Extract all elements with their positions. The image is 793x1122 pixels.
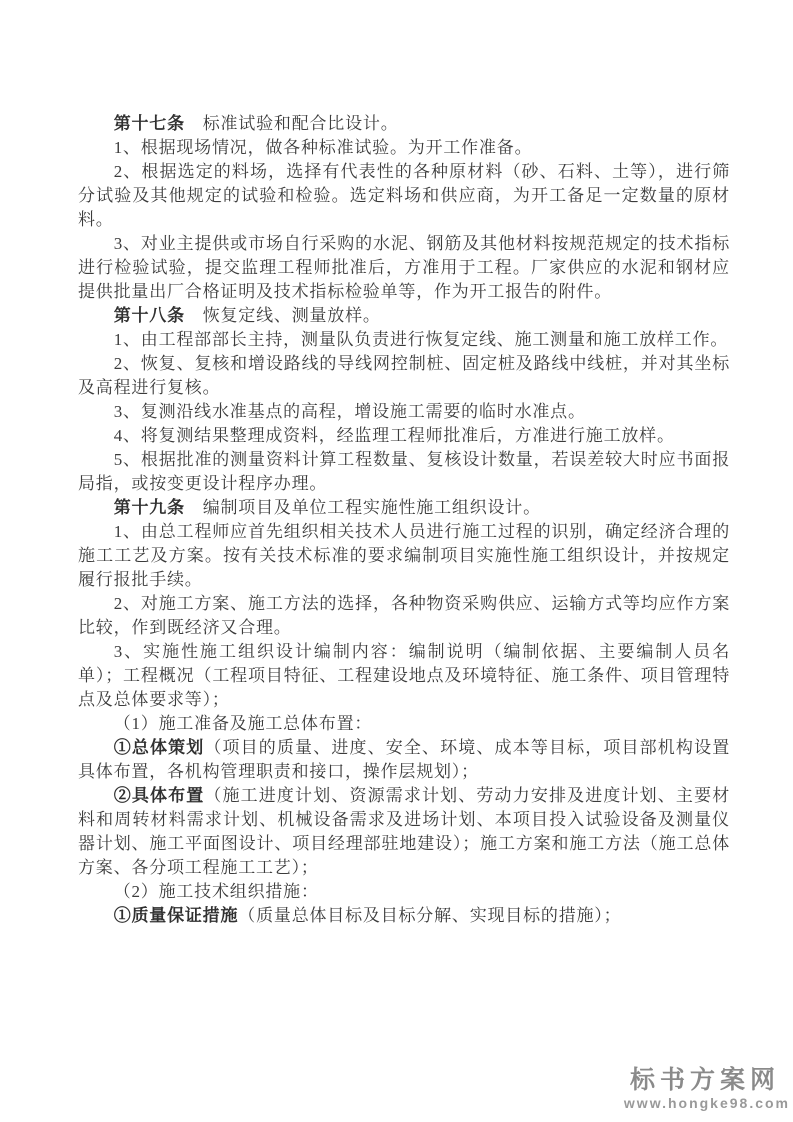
watermark-site-name: 标书方案网: [624, 1066, 790, 1094]
paragraph-text: 2、对施工方案、施工方法的选择，各种物资采购供应、运输方式等均应作方案比较，作到…: [78, 594, 730, 637]
watermark: 标书方案网 www.hongke98.com: [624, 1066, 790, 1111]
paragraph-text: 标准试验和配合比设计。: [185, 114, 399, 133]
paragraph-text: （质量总体目标及目标分解、实现目标的措施）；: [238, 906, 621, 925]
paragraph-text: 2、恢复、复核和增设路线的导线网控制桩、固定桩及路线中线桩，并对其坐标及高程进行…: [78, 354, 730, 397]
paragraph-text: 3、复测沿线水准基点的高程，增设施工需要的临时水准点。: [114, 402, 586, 421]
paragraph: 1、由工程部部长主持，测量队负责进行恢复定线、施工测量和施工放样工作。: [78, 328, 730, 352]
paragraph-text: 3、对业主提供或市场自行采购的水泥、钢筋及其他材料按规范规定的技术指标进行检验试…: [78, 234, 730, 301]
paragraph: 3、复测沿线水准基点的高程，增设施工需要的临时水准点。: [78, 400, 730, 424]
paragraph-text: 3、实施性施工组织设计编制内容：编制说明（编制依据、主要编制人员名单）；工程概况…: [78, 642, 730, 709]
paragraph-with-heading: ①总体策划（项目的质量、进度、安全、环境、成本等目标，项目部机构设置具体布置，各…: [78, 736, 730, 784]
paragraph-text: 1、由总工程师应首先组织相关技术人员进行施工过程的识别，确定经济合理的施工工艺及…: [78, 522, 730, 589]
paragraph: 3、对业主提供或市场自行采购的水泥、钢筋及其他材料按规范规定的技术指标进行检验试…: [78, 232, 730, 304]
paragraph: 4、将复测结果整理成资料，经监理工程师批准后，方准进行施工放样。: [78, 424, 730, 448]
paragraph-lead: ②具体布置: [114, 786, 205, 805]
document-page: 第十七条 标准试验和配合比设计。1、根据现场情况，做各种标准试验。为开工作准备。…: [0, 0, 793, 1122]
paragraph: （1）施工准备及施工总体布置：: [78, 712, 730, 736]
paragraph-text: 1、根据现场情况，做各种标准试验。为开工作准备。: [114, 138, 533, 157]
paragraph: （2）施工技术组织措施：: [78, 880, 730, 904]
paragraph-with-heading: ①质量保证措施（质量总体目标及目标分解、实现目标的措施）；: [78, 904, 730, 928]
paragraph: 2、恢复、复核和增设路线的导线网控制桩、固定桩及路线中线桩，并对其坐标及高程进行…: [78, 352, 730, 400]
paragraph: 3、实施性施工组织设计编制内容：编制说明（编制依据、主要编制人员名单）；工程概况…: [78, 640, 730, 712]
watermark-site-url: www.hongke98.com: [624, 1095, 790, 1111]
paragraph: 1、由总工程师应首先组织相关技术人员进行施工过程的识别，确定经济合理的施工工艺及…: [78, 520, 730, 592]
paragraph-text: （1）施工准备及施工总体布置：: [114, 714, 373, 733]
paragraph-text: 恢复定线、测量放样。: [185, 306, 381, 325]
paragraph: 2、根据选定的料场，选择有代表性的各种原材料（砂、石料、土等），进行筛分试验及其…: [78, 160, 730, 232]
paragraph: 5、根据批准的测量资料计算工程数量、复核设计数量，若误差较大时应书面报局指，或按…: [78, 448, 730, 496]
paragraph: 2、对施工方案、施工方法的选择，各种物资采购供应、运输方式等均应作方案比较，作到…: [78, 592, 730, 640]
paragraph-lead: ①总体策划: [114, 738, 205, 757]
paragraph-text: 1、由工程部部长主持，测量队负责进行恢复定线、施工测量和施工放样工作。: [114, 330, 729, 349]
paragraph-with-heading: 第十九条 编制项目及单位工程实施性施工组织设计。: [78, 496, 730, 520]
paragraph-lead: 第十七条: [114, 114, 185, 133]
paragraph-lead: 第十九条: [114, 498, 185, 517]
paragraph-lead: ①质量保证措施: [114, 906, 239, 925]
paragraph-with-heading: 第十八条 恢复定线、测量放样。: [78, 304, 730, 328]
paragraph-with-heading: 第十七条 标准试验和配合比设计。: [78, 112, 730, 136]
paragraph-text: 4、将复测结果整理成资料，经监理工程师批准后，方准进行施工放样。: [114, 426, 675, 445]
paragraph-lead: 第十八条: [114, 306, 185, 325]
paragraph: 1、根据现场情况，做各种标准试验。为开工作准备。: [78, 136, 730, 160]
paragraph-text: （2）施工技术组织措施：: [114, 882, 319, 901]
document-body: 第十七条 标准试验和配合比设计。1、根据现场情况，做各种标准试验。为开工作准备。…: [78, 112, 730, 928]
paragraph-with-heading: ②具体布置（施工进度计划、资源需求计划、劳动力安排及进度计划、主要材料和周转材料…: [78, 784, 730, 880]
paragraph-text: 5、根据批准的测量资料计算工程数量、复核设计数量，若误差较大时应书面报局指，或按…: [78, 450, 730, 493]
paragraph-text: 编制项目及单位工程实施性施工组织设计。: [185, 498, 541, 517]
paragraph-text: 2、根据选定的料场，选择有代表性的各种原材料（砂、石料、土等），进行筛分试验及其…: [78, 162, 730, 229]
